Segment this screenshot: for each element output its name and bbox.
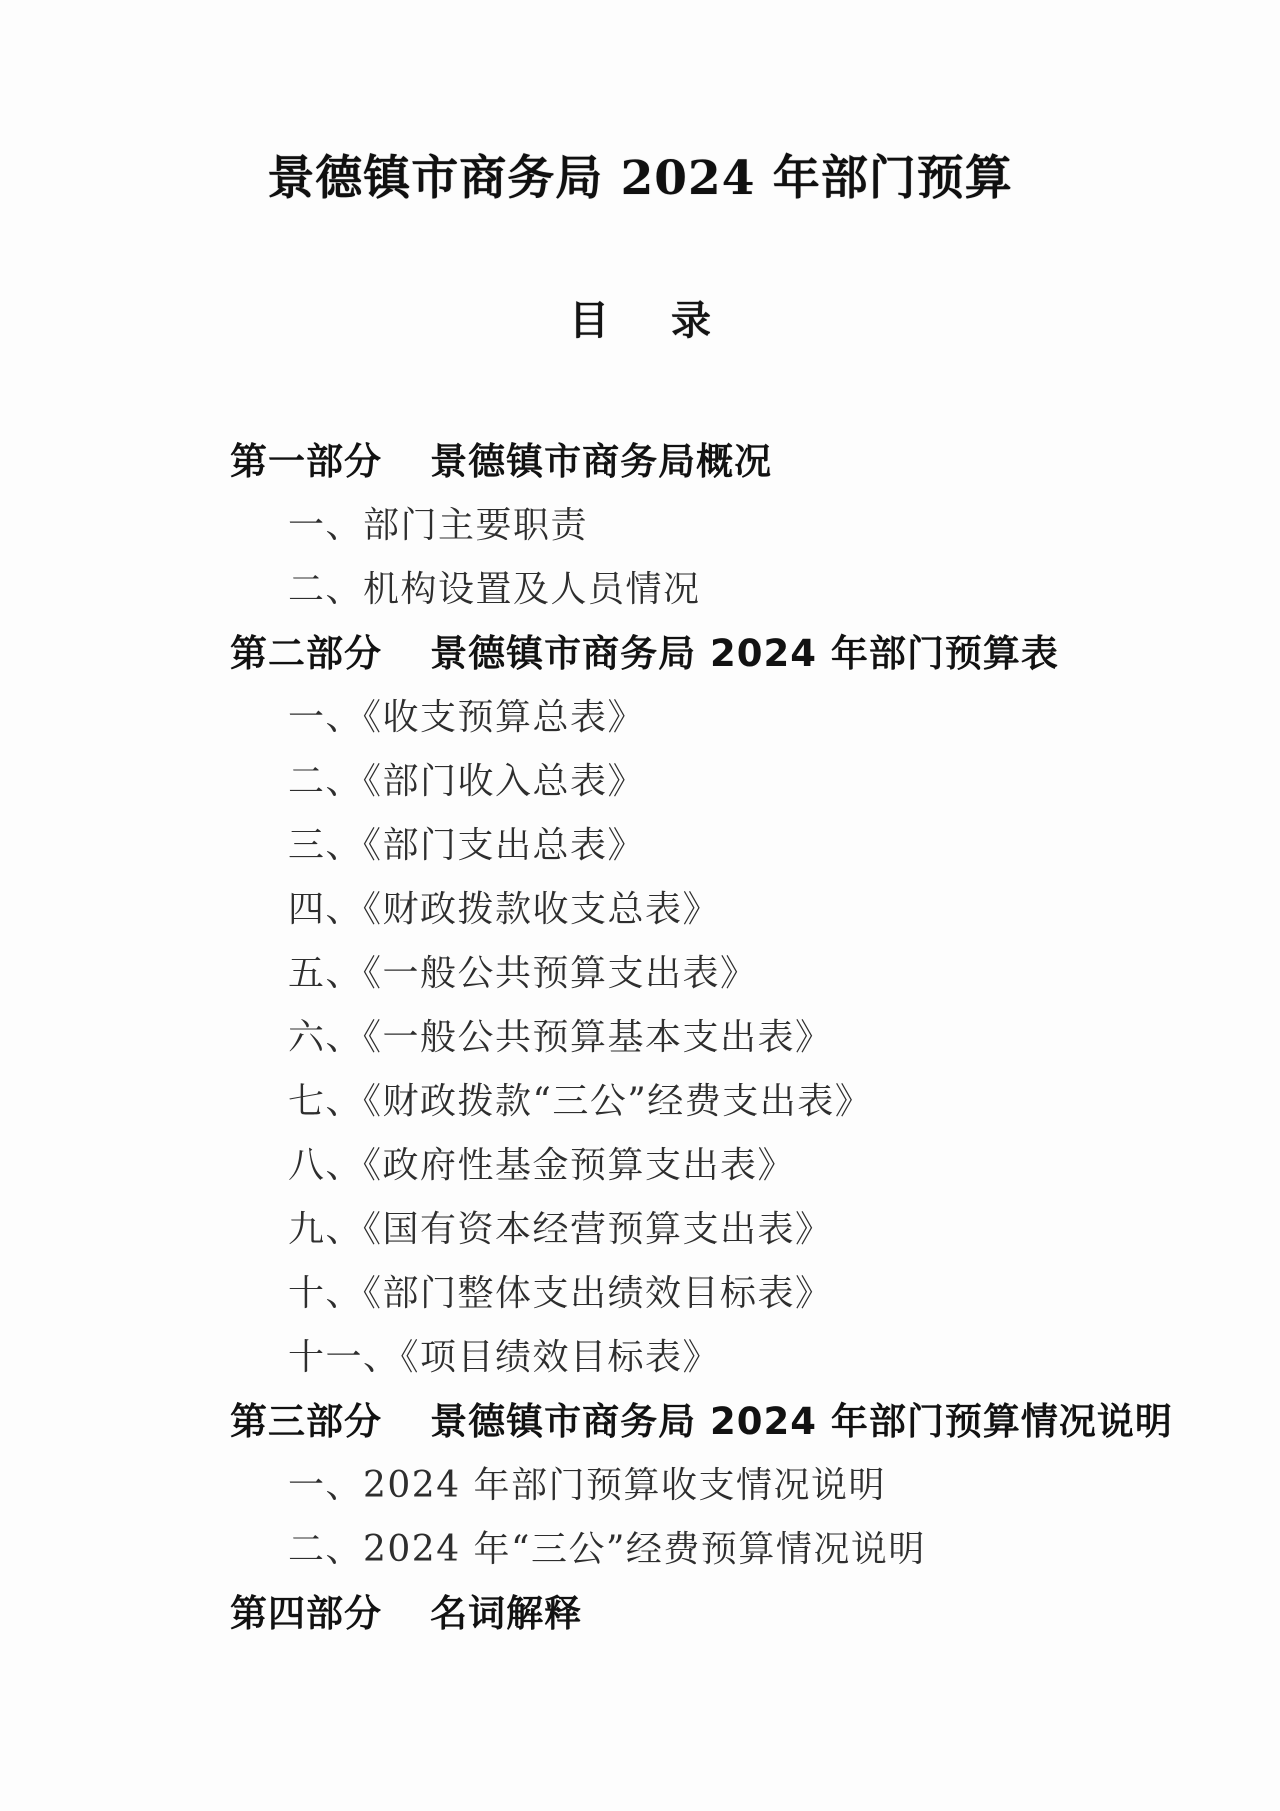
section-4-title: 名词解释 (430, 1583, 582, 1637)
toc-item: 十、《部门整体支出绩效目标表》 (288, 1265, 833, 1316)
toc-item: 七、《财政拨款“三公”经费支出表》 (288, 1073, 872, 1124)
section-1-heading: 第一部分 景德镇市商务局概况 (230, 426, 1220, 490)
toc-item: 一、《收支预算总表》 (288, 689, 645, 740)
section-1-label: 第一部分 (230, 431, 382, 485)
section-3-label: 第三部分 (230, 1391, 382, 1445)
toc-item: 九、《国有资本经营预算支出表》 (288, 1201, 833, 1252)
table-of-contents: 第一部分 景德镇市商务局概况 一、部门主要职责 二、机构设置及人员情况 第二部分… (230, 426, 1220, 1642)
section-2-heading: 第二部分 景德镇市商务局 2024 年部门预算表 (230, 618, 1220, 682)
section-4-heading: 第四部分 名词解释 (230, 1578, 1220, 1642)
toc-item: 一、2024 年部门预算收支情况说明 (288, 1457, 886, 1508)
section-2-label: 第二部分 (230, 623, 382, 677)
toc-item: 六、《一般公共预算基本支出表》 (288, 1009, 833, 1060)
toc-item: 二、机构设置及人员情况 (288, 561, 701, 612)
toc-item: 五、《一般公共预算支出表》 (288, 945, 758, 996)
toc-item: 二、《部门收入总表》 (288, 753, 645, 804)
document-page: 景德镇市商务局 2024 年部门预算 目录 第一部分 景德镇市商务局概况 一、部… (0, 0, 1280, 1811)
toc-item: 二、2024 年“三公”经费预算情况说明 (288, 1521, 926, 1572)
toc-item: 四、《财政拨款收支总表》 (288, 881, 720, 932)
section-1-title: 景德镇市商务局概况 (430, 431, 772, 485)
section-3-heading: 第三部分 景德镇市商务局 2024 年部门预算情况说明 (230, 1386, 1220, 1450)
document-title: 景德镇市商务局 2024 年部门预算 (0, 0, 1280, 210)
section-4-label: 第四部分 (230, 1583, 382, 1637)
section-3-title: 景德镇市商务局 2024 年部门预算情况说明 (430, 1391, 1173, 1445)
toc-item: 十一、《项目绩效目标表》 (288, 1329, 720, 1380)
toc-item: 三、《部门支出总表》 (288, 817, 645, 868)
toc-heading: 目录 (0, 296, 1280, 346)
section-2-title: 景德镇市商务局 2024 年部门预算表 (430, 623, 1059, 677)
toc-item: 八、《政府性基金预算支出表》 (288, 1137, 795, 1188)
toc-item: 一、部门主要职责 (288, 497, 588, 548)
